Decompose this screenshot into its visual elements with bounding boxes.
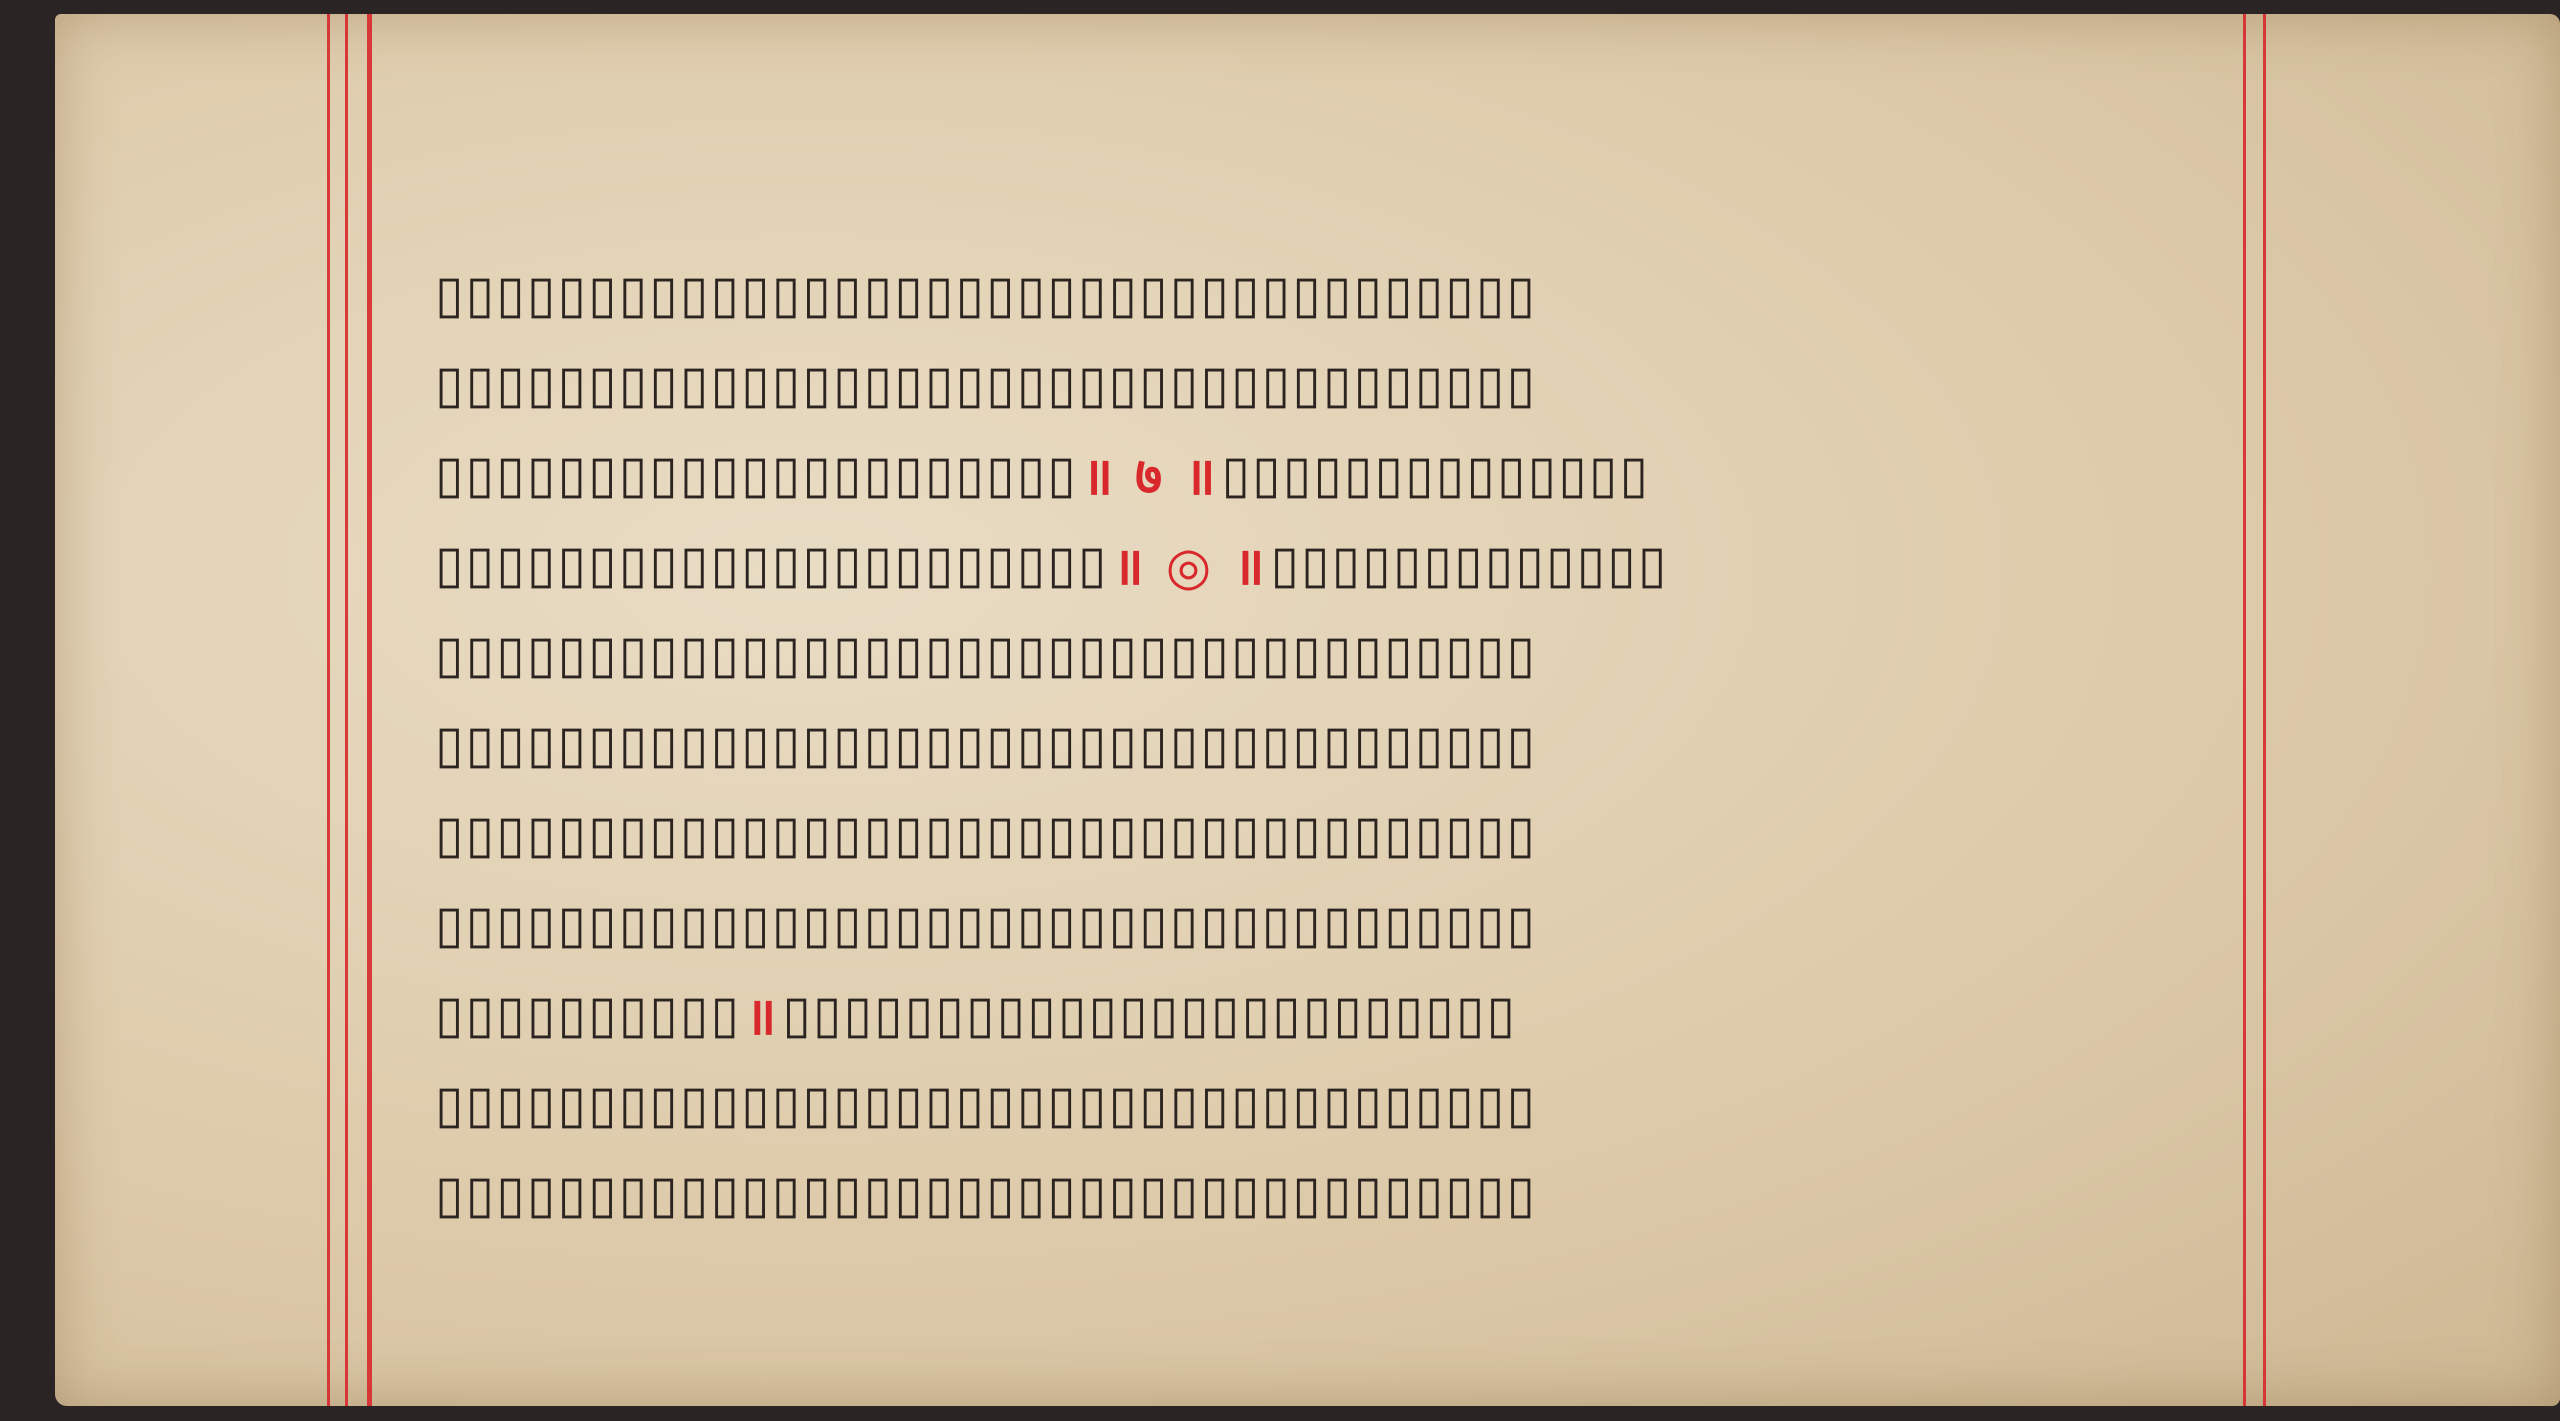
text-line-6: ▯▯▯▯▯▯▯▯▯▯▯▯▯▯▯▯▯▯▯▯▯▯▯▯▯▯▯▯▯▯▯▯▯▯▯▯: [435, 699, 2295, 789]
text-line-9: ▯▯▯▯▯▯▯▯▯▯ ॥ ▯▯▯▯▯▯▯▯▯▯▯▯▯▯▯▯▯▯▯▯▯▯▯▯: [435, 969, 2295, 1059]
text-line-4: ▯▯▯▯▯▯▯▯▯▯▯▯▯▯▯▯▯▯▯▯▯▯ ॥ ◎ ॥ ▯▯▯▯▯▯▯▯▯▯▯…: [435, 519, 2295, 609]
text-line-2: ▯▯▯▯▯▯▯▯▯▯▯▯▯▯▯▯▯▯▯▯▯▯▯▯▯▯▯▯▯▯▯▯▯▯▯▯: [435, 339, 2295, 429]
text-block: ▯▯▯▯▯▯▯▯▯▯▯▯▯▯▯▯▯▯▯▯▯▯▯▯▯▯▯▯▯▯▯▯▯▯▯▯ ▯▯▯…: [435, 249, 2295, 1239]
left-margin-rule-outer: [327, 14, 330, 1406]
text-line-11: ▯▯▯▯▯▯▯▯▯▯▯▯▯▯▯▯▯▯▯▯▯▯▯▯▯▯▯▯▯▯▯▯▯▯▯▯: [435, 1149, 2295, 1239]
text-line-1: ▯▯▯▯▯▯▯▯▯▯▯▯▯▯▯▯▯▯▯▯▯▯▯▯▯▯▯▯▯▯▯▯▯▯▯▯: [435, 249, 2295, 339]
rubric-marker: ॥ ◎ ॥: [1113, 529, 1267, 600]
text-line-5: ▯▯▯▯▯▯▯▯▯▯▯▯▯▯▯▯▯▯▯▯▯▯▯▯▯▯▯▯▯▯▯▯▯▯▯▯: [435, 609, 2295, 699]
rubric-marker: ॥: [745, 979, 778, 1050]
left-margin-rule-inner: [367, 14, 372, 1406]
text-line-3: ▯▯▯▯▯▯▯▯▯▯▯▯▯▯▯▯▯▯▯▯▯ ॥ ७ ॥ ▯▯▯▯▯▯▯▯▯▯▯▯…: [435, 429, 2295, 519]
manuscript-folio: ▯▯▯▯▯▯▯▯▯▯▯▯▯▯▯▯▯▯▯▯▯▯▯▯▯▯▯▯▯▯▯▯▯▯▯▯ ▯▯▯…: [55, 14, 2560, 1406]
text-line-7: ▯▯▯▯▯▯▯▯▯▯▯▯▯▯▯▯▯▯▯▯▯▯▯▯▯▯▯▯▯▯▯▯▯▯▯▯: [435, 789, 2295, 879]
text-line-8: ▯▯▯▯▯▯▯▯▯▯▯▯▯▯▯▯▯▯▯▯▯▯▯▯▯▯▯▯▯▯▯▯▯▯▯▯: [435, 879, 2295, 969]
text-line-10: ▯▯▯▯▯▯▯▯▯▯▯▯▯▯▯▯▯▯▯▯▯▯▯▯▯▯▯▯▯▯▯▯▯▯▯▯: [435, 1059, 2295, 1149]
rubric-marker: ॥ ७ ॥: [1082, 439, 1218, 510]
left-margin-rule-middle: [345, 14, 348, 1406]
